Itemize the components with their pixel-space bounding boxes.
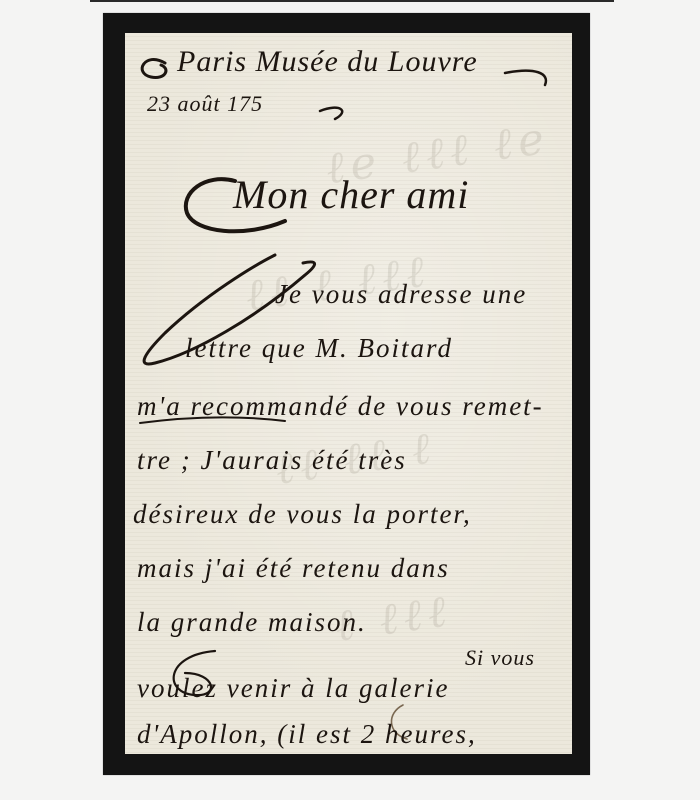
body-line: la grande maison. bbox=[137, 607, 367, 638]
salutation: Mon cher ami bbox=[233, 171, 469, 218]
letter-date: 23 août 175 bbox=[147, 91, 263, 117]
closing-line: voulez venir à la galerie bbox=[137, 673, 449, 704]
body-line: tre ; J'aurais été très bbox=[137, 445, 407, 476]
scan-edge-line bbox=[90, 0, 614, 2]
closing-line: d'Apollon, (il est 2 heures, bbox=[137, 719, 477, 750]
letter-place: Paris Musée du Louvre bbox=[177, 45, 478, 79]
body-line: Je vous adresse une bbox=[275, 279, 527, 310]
body-line: désireux de vous la porter, bbox=[133, 499, 472, 530]
letter-paper: ℓe ℓℓℓ ℓe ℓℓ ℓ ℓℓℓ ℓℓ ℓℓ ℓ ℓ ℓℓℓ bbox=[125, 33, 572, 754]
body-line: lettre que M. Boitard bbox=[185, 333, 453, 364]
body-line: m'a recommandé de vous remet- bbox=[137, 391, 544, 422]
body-line: mais j'ai été retenu dans bbox=[137, 553, 450, 584]
closing-line: Si vous bbox=[465, 645, 535, 671]
mourning-border: ℓe ℓℓℓ ℓe ℓℓ ℓ ℓℓℓ ℓℓ ℓℓ ℓ ℓ ℓℓℓ bbox=[103, 13, 590, 775]
scanned-letter: ℓe ℓℓℓ ℓe ℓℓ ℓ ℓℓℓ ℓℓ ℓℓ ℓ ℓ ℓℓℓ bbox=[0, 0, 700, 800]
